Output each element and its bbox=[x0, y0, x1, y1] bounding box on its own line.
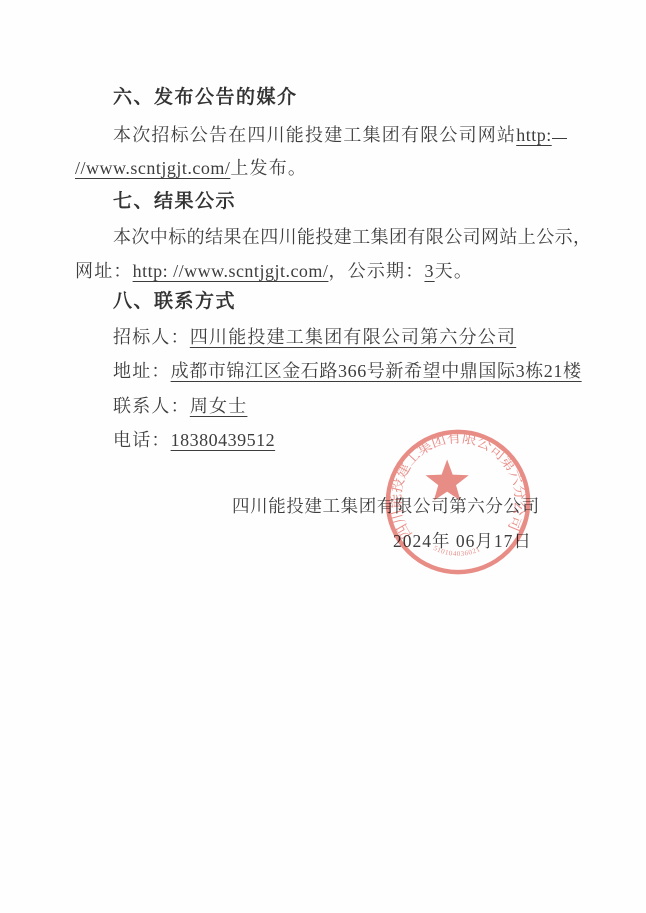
publicity-period-label: ，公示期： bbox=[328, 261, 424, 281]
contact-row-address: 地址：成都市锦江区金石路366号新希望中鼎国际3栋21楼 bbox=[113, 360, 582, 382]
seal-serial-number: 510104036021 bbox=[432, 545, 482, 558]
seal-ring-text-holder: 四川能投建工集团有限公司第六分公司 bbox=[387, 429, 529, 541]
seal-serial-holder: 510104036021 bbox=[432, 545, 482, 558]
contact-label: 招标人： bbox=[113, 327, 190, 347]
section7-paragraph-line2: 网址：http: //www.scntjgjt.com/，公示期：3天。 bbox=[75, 260, 473, 282]
underline-gap bbox=[552, 120, 567, 139]
star-icon bbox=[426, 460, 469, 501]
url-label: 网址： bbox=[75, 261, 133, 281]
publicity-period-unit: 天。 bbox=[435, 261, 473, 281]
contact-row-phone: 电话：18380439512 bbox=[113, 429, 275, 451]
section6-heading: 六、发布公告的媒介 bbox=[113, 87, 298, 109]
section6-paragraph-line1: 本次招标公告在四川能投建工集团有限公司网站http: bbox=[113, 122, 567, 146]
contact-label: 地址： bbox=[113, 361, 171, 381]
website-url-part2: //www.scntjgjt.com/ bbox=[75, 158, 230, 178]
section7-paragraph-line1: 本次中标的结果在四川能投建工集团有限公司网站上公示， bbox=[113, 226, 591, 248]
contact-person-value: 周女士 bbox=[190, 396, 248, 416]
website-url-full: http: //www.scntjgjt.com/ bbox=[133, 261, 329, 281]
website-url-part1: http: bbox=[516, 125, 552, 145]
tenderer-value: 四川能投建工集团有限公司第六分公司 bbox=[190, 327, 516, 347]
document-page: 六、发布公告的媒介 本次招标公告在四川能投建工集团有限公司网站http: //w… bbox=[0, 0, 646, 913]
section6-body-text: 本次招标公告在四川能投建工集团有限公司网站 bbox=[113, 125, 516, 145]
section7-heading: 七、结果公示 bbox=[113, 191, 236, 213]
phone-value: 18380439512 bbox=[171, 430, 276, 450]
company-seal: 四川能投建工集团有限公司第六分公司 510104036021 bbox=[379, 424, 537, 582]
contact-row-tenderer: 招标人：四川能投建工集团有限公司第六分公司 bbox=[113, 326, 516, 348]
address-value: 成都市锦江区金石路366号新希望中鼎国际3栋21楼 bbox=[171, 361, 582, 381]
contact-label: 联系人： bbox=[113, 396, 190, 416]
section6-body-text-end: 上发布。 bbox=[230, 158, 307, 178]
section8-heading: 八、联系方式 bbox=[113, 291, 236, 313]
seal-ring-text: 四川能投建工集团有限公司第六分公司 bbox=[387, 429, 529, 541]
contact-label: 电话： bbox=[113, 430, 171, 450]
publicity-period-days: 3 bbox=[424, 261, 434, 281]
section6-paragraph-line2: //www.scntjgjt.com/上发布。 bbox=[75, 157, 307, 179]
contact-row-person: 联系人：周女士 bbox=[113, 395, 247, 417]
